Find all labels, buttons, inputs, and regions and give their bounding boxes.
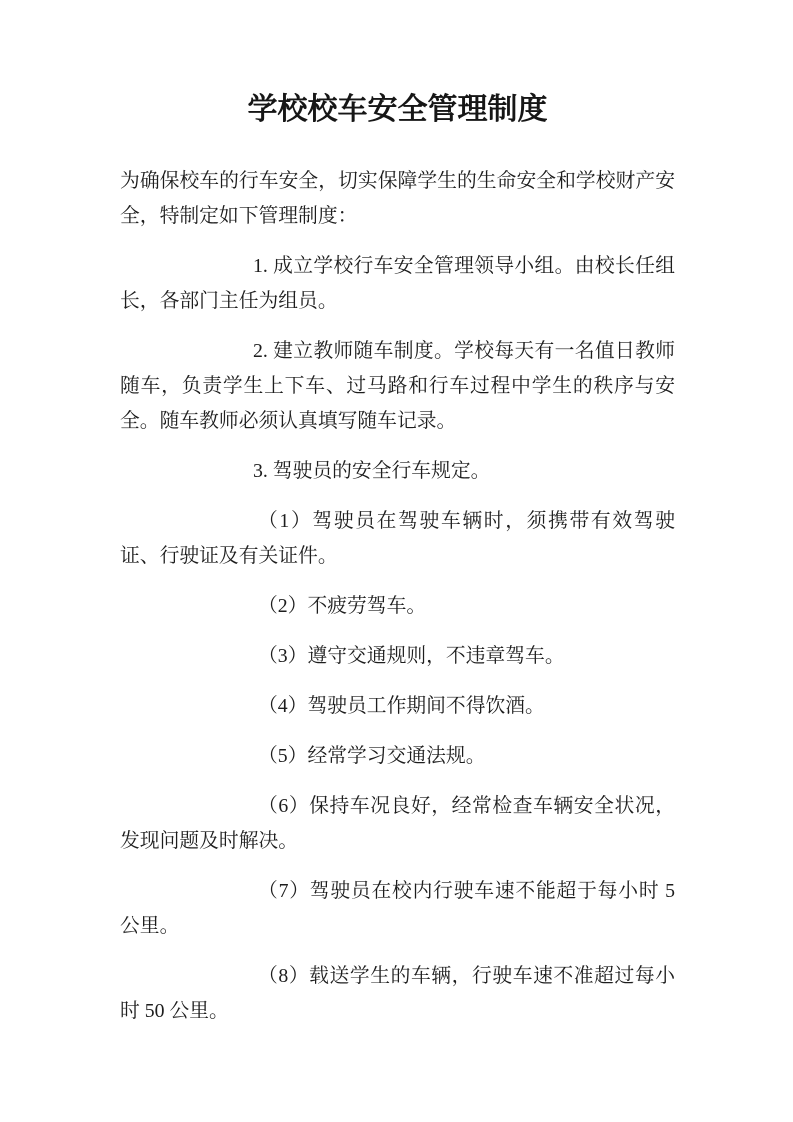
paragraph-sub-1: （1）驾驶员在驾驶车辆时，须携带有效驾驶证、行驶证及有关证件。 <box>120 504 675 574</box>
paragraph-item-2: 2. 建立教师随车制度。学校每天有一名值日教师随车，负责学生上下车、过马路和行车… <box>120 334 675 439</box>
paragraph-sub-6: （6）保持车况良好，经常检查车辆安全状况，发现问题及时解决。 <box>120 789 675 859</box>
paragraph-sub-5: （5）经常学习交通法规。 <box>120 739 675 774</box>
paragraph-sub-7: （7）驾驶员在校内行驶车速不能超于每小时 5 公里。 <box>120 874 675 944</box>
paragraph-sub-8: （8）载送学生的车辆，行驶车速不准超过每小时 50 公里。 <box>120 959 675 1029</box>
paragraph-sub-2: （2）不疲劳驾车。 <box>120 589 675 624</box>
paragraph-intro: 为确保校车的行车安全，切实保障学生的生命安全和学校财产安全，特制定如下管理制度： <box>120 164 675 234</box>
paragraph-item-3: 3. 驾驶员的安全行车规定。 <box>120 454 675 489</box>
paragraph-sub-3: （3）遵守交通规则，不违章驾车。 <box>120 639 675 674</box>
paragraph-sub-4: （4）驾驶员工作期间不得饮酒。 <box>120 689 675 724</box>
document-title: 学校校车安全管理制度 <box>120 88 675 132</box>
document-page: 学校校车安全管理制度 为确保校车的行车安全，切实保障学生的生命安全和学校财产安全… <box>0 0 793 1122</box>
paragraph-item-1: 1. 成立学校行车安全管理领导小组。由校长任组长，各部门主任为组员。 <box>120 249 675 319</box>
